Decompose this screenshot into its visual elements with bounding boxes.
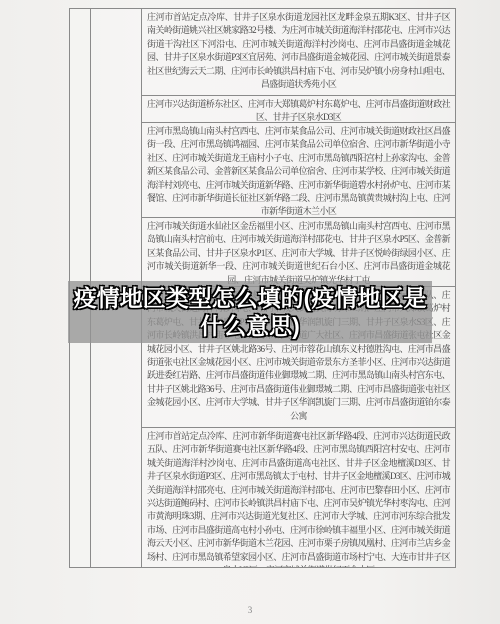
table-row: 庄河市兴达街道桥东社区、庄河市大郑镇葛炉村东葛炉屯、庄河市昌盛街道财政社区、甘井… <box>142 96 455 123</box>
page-number: 3 <box>0 605 500 615</box>
table-row: 庄河市首站定点冷库、庄河市新华街道赛屯社区新华路4段、庄河市兴达街道民政五队、庄… <box>142 428 455 567</box>
table-row: 庄河市首站定点冷库、甘井子区泉水街道龙园社区龙畔金泉五期K3区、甘井子区南关岭街… <box>142 9 455 96</box>
table-row: 庄河市黑岛镇山南头村宫西屯、庄河市某食品公司、庄河市城关街道财政社区昌盛街一段、… <box>142 123 455 218</box>
article-title-line-1: 疫情地区类型怎么填的(疫情地区是 <box>74 284 427 312</box>
article-title-line-2: 什么意思) <box>200 312 300 340</box>
scanned-document-page: 庄河市首站定点冷库、甘井子区泉水街道龙园社区龙畔金泉五期K3区、甘井子区南关岭街… <box>0 0 500 624</box>
article-title-overlay: 疫情地区类型怎么填的(疫情地区是 什么意思) <box>68 281 432 343</box>
table-row: 庄河市城关街道水仙社区金岳福里小区、庄河市黑岛镇山南头村宫西屯、庄河市黑岛镇山南… <box>142 218 455 287</box>
